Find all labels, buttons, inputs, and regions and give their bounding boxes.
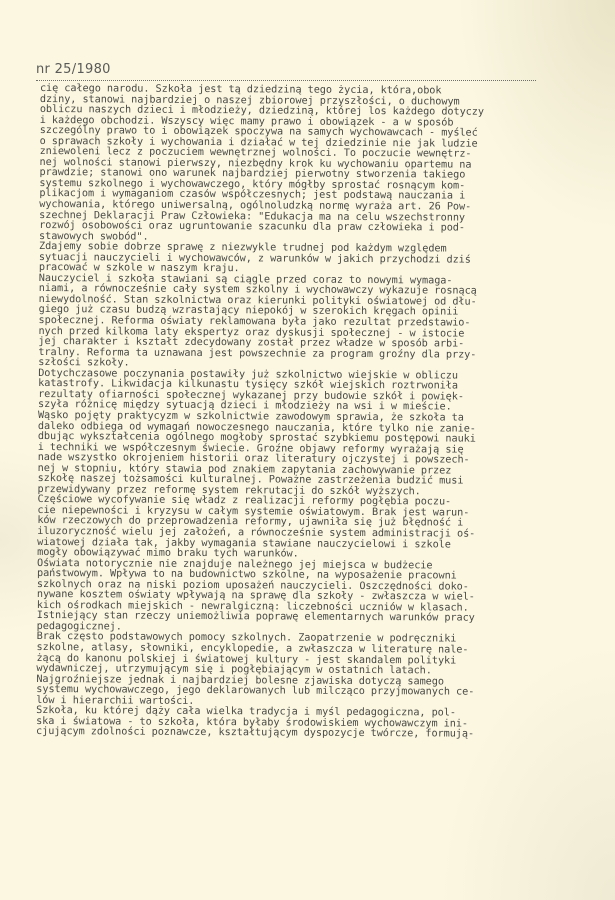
issue-number-header: nr 25/1980 [36, 62, 111, 77]
header-rule [36, 80, 536, 81]
typewritten-body: cię całego narodu. Szkoła jest tą dziedz… [36, 84, 595, 741]
document-page: nr 25/1980 cię całego narodu. Szkoła jes… [0, 0, 615, 900]
text-line: cjującym zdolności poznawcze, kształtują… [36, 727, 591, 741]
